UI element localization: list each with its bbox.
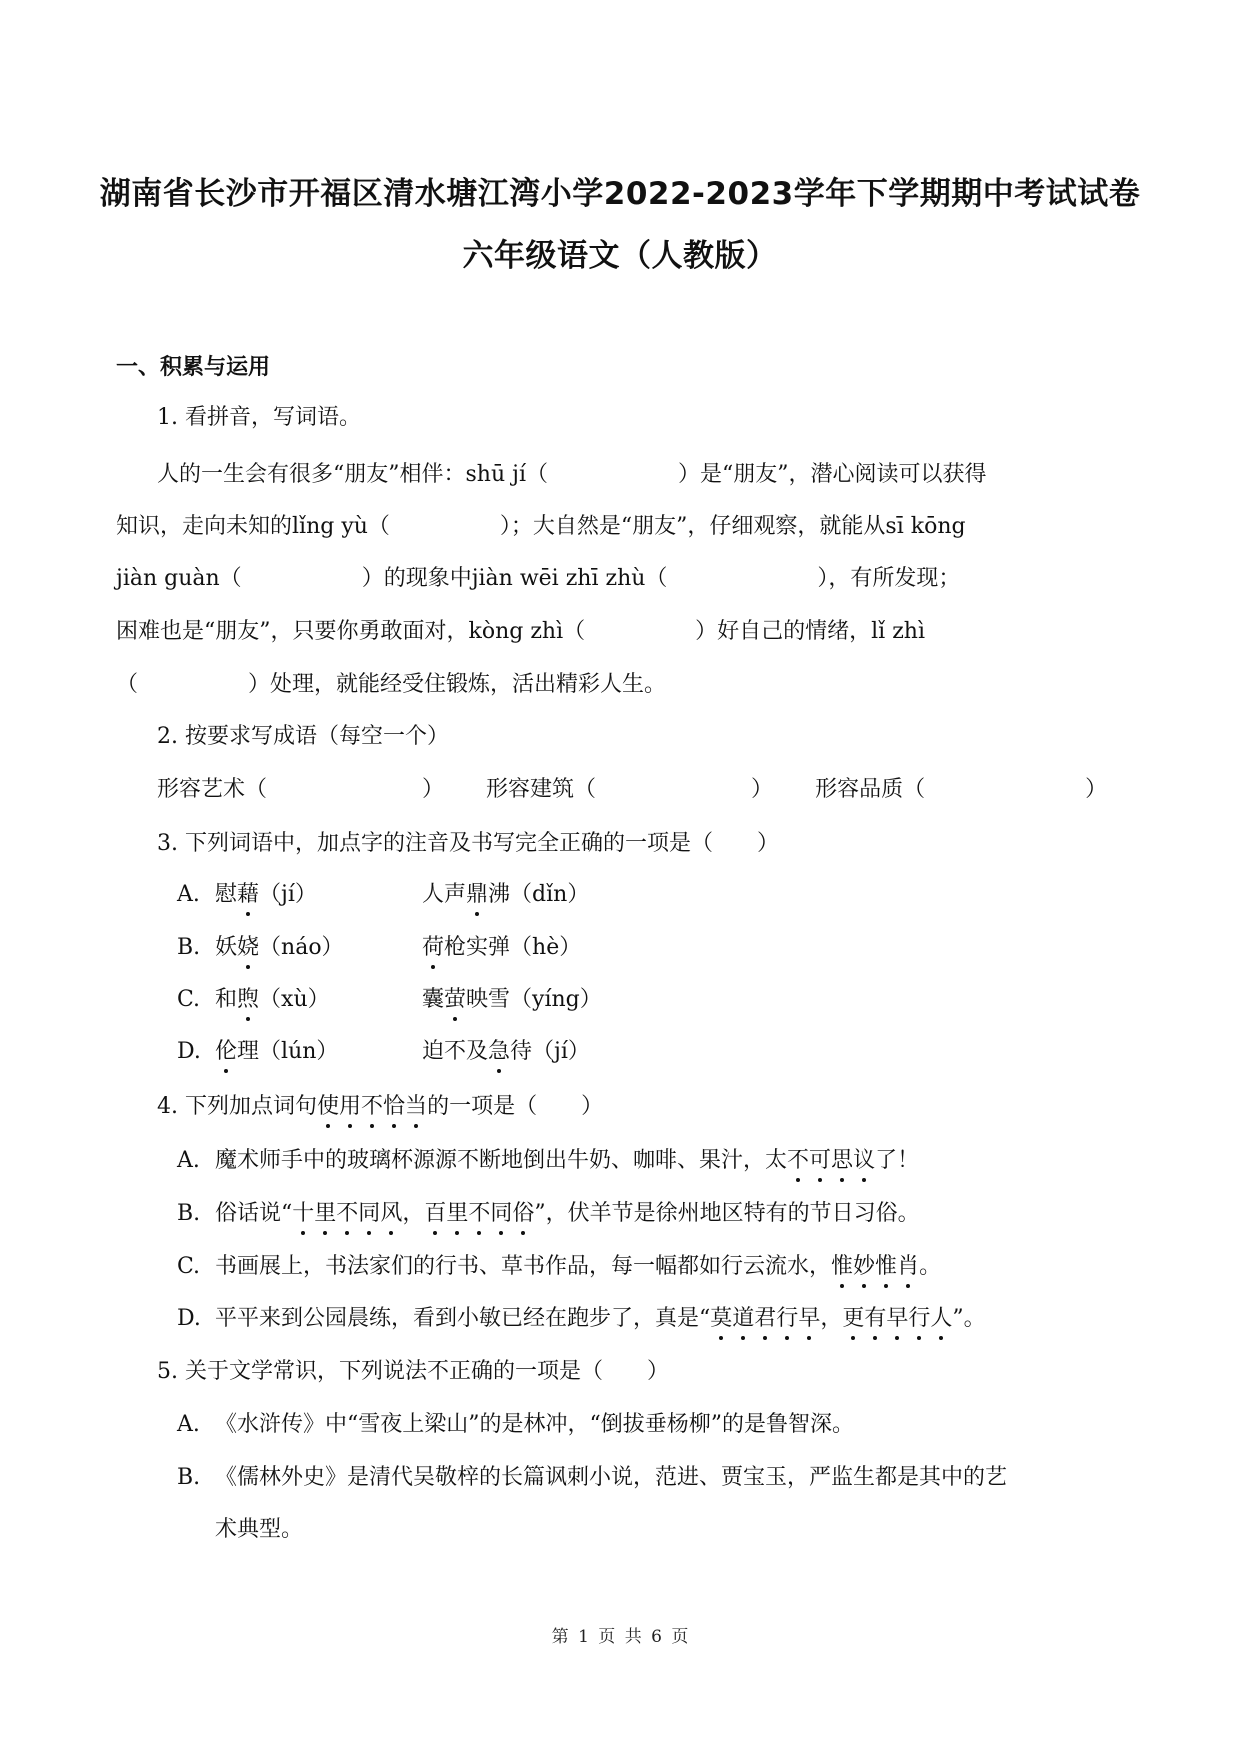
q1-line-2-text-a: 知识，走向未知的lǐng yù（ — [116, 514, 390, 539]
option-letter: D. — [177, 1304, 215, 1334]
q2-row: 形容艺术（）形容建筑（）形容品质（） — [157, 775, 1107, 805]
q4-option-c[interactable]: C.书画展上，书法家们的行书、草书作品，每一幅都如行云流水，惟妙惟肖。 — [177, 1252, 941, 1282]
q3-prompt: 3. 下列词语中，加点字的注音及书写完全正确的一项是（ ） — [157, 829, 779, 859]
q5-option-b[interactable]: B.《儒林外史》是清代吴敬梓的长篇讽刺小说，范进、贾宝玉，严监生都是其中的艺 — [177, 1463, 1007, 1493]
q1-line-4-text-a: 困难也是“朋友”，只要你勇敢面对，kòng zhì（ — [116, 619, 585, 644]
q1-line-4: 困难也是“朋友”，只要你勇敢面对，kòng zhì（）好自己的情绪，lǐ zhì — [116, 617, 925, 647]
option-word-1: 妖娆（náo） — [215, 933, 422, 963]
option-dotted-phrase: 不可思议 — [787, 1148, 875, 1173]
q1-line-4-text-b: ）好自己的情绪，lǐ zhì — [695, 619, 925, 644]
q4-option-b[interactable]: B.俗话说“十里不同风，百里不同俗”，伏羊节是徐州地区特有的节日习俗。 — [177, 1199, 920, 1229]
option-letter: C. — [177, 1252, 215, 1282]
q5-option-a[interactable]: A.《水浒传》中“雪夜上梁山”的是林冲，“倒拔垂杨柳”的是鲁智深。 — [177, 1410, 854, 1440]
option-letter: B. — [177, 933, 215, 963]
option-letter: D. — [177, 1037, 215, 1067]
q1-line-2: 知识，走向未知的lǐng yù（）；大自然是“朋友”，仔细观察，就能从sī kō… — [116, 512, 966, 542]
exam-page: 湖南省长沙市开福区清水塘江湾小学2022-2023学年下学期期中考试试卷 六年级… — [0, 0, 1240, 1753]
q1-line-3-text-c: ），有所发现； — [817, 566, 960, 591]
option-letter: B. — [177, 1463, 215, 1493]
q1-line-1-text-a: 人的一生会有很多“朋友”相伴：shū jí（ — [157, 462, 548, 487]
q4-dotted-phrase: 使用不恰当 — [317, 1094, 427, 1119]
option-word-2: 迫不及急待（jí） — [422, 1039, 590, 1064]
q1-line-2-text-b: ）；大自然是“朋友”，仔细观察，就能从sī kōng — [500, 514, 966, 539]
option-word-1: 和煦（xù） — [215, 985, 422, 1015]
q2-item-art-label: 形容艺术（ — [157, 777, 267, 802]
option-letter: A. — [177, 880, 215, 910]
q2-item-quality-close: ） — [1085, 777, 1107, 802]
option-letter: B. — [177, 1199, 215, 1229]
q2-item-art-close: ） — [422, 777, 444, 802]
option-dotted-phrase: 十里不同风，百里不同俗 — [292, 1201, 534, 1226]
q3-option-a[interactable]: A.慰藉（jí）人声鼎沸（dǐn） — [177, 880, 589, 910]
q5-option-b-continued: 术典型。 — [215, 1515, 303, 1545]
q1-line-3-text-a: jiàn guàn（ — [116, 566, 242, 591]
option-word-1: 伦理（lún） — [215, 1037, 422, 1067]
q1-line-3: jiàn guàn（）的现象中jiàn wēi zhī zhù（），有所发现； — [116, 564, 960, 594]
option-word-1: 慰藉（jí） — [215, 880, 422, 910]
option-word-2: 荷枪实弹（hè） — [422, 935, 581, 960]
q2-item-quality-label: 形容品质（ — [815, 777, 925, 802]
q1-line-1: 人的一生会有很多“朋友”相伴：shū jí（）是“朋友”，潜心阅读可以获得 — [157, 460, 1126, 490]
option-dotted-phrase: 惟妙惟肖 — [831, 1254, 919, 1279]
q5-prompt: 5. 关于文学常识，下列说法不正确的一项是（ ） — [157, 1357, 669, 1387]
q1-prompt: 1. 看拼音，写词语。 — [157, 403, 361, 433]
q4-prompt: 4. 下列加点词句使用不恰当的一项是（ ） — [157, 1092, 603, 1122]
exam-subtitle: 六年级语文（人教版） — [0, 230, 1240, 275]
q3-option-b[interactable]: B.妖娆（náo）荷枪实弹（hè） — [177, 933, 581, 963]
q3-option-c[interactable]: C.和煦（xù）囊萤映雪（yíng） — [177, 985, 602, 1015]
q2-item-building-close: ） — [751, 777, 773, 802]
option-dotted-phrase: 莫道君行早，更有早行人 — [710, 1306, 952, 1331]
option-letter: A. — [177, 1146, 215, 1176]
page-number: 第 1 页 共 6 页 — [0, 1622, 1240, 1647]
q1-line-5: （）处理，就能经受住锻炼，活出精彩人生。 — [116, 670, 666, 700]
q4-option-d[interactable]: D.平平来到公园晨练，看到小敏已经在跑步了，真是“莫道君行早，更有早行人”。 — [177, 1304, 986, 1334]
q1-line-5-text-b: ）处理，就能经受住锻炼，活出精彩人生。 — [248, 672, 666, 697]
q1-line-3-text-b: ）的现象中jiàn wēi zhī zhù（ — [362, 566, 668, 591]
q2-prompt: 2. 按要求写成语（每空一个） — [157, 722, 449, 752]
option-word-2: 囊萤映雪（yíng） — [422, 987, 602, 1012]
option-letter: C. — [177, 985, 215, 1015]
section-heading: 一、积累与运用 — [116, 350, 270, 381]
option-word-2: 人声鼎沸（dǐn） — [422, 882, 589, 907]
exam-title: 湖南省长沙市开福区清水塘江湾小学2022-2023学年下学期期中考试试卷 — [0, 168, 1240, 213]
q4-option-a[interactable]: A.魔术师手中的玻璃杯源源不断地倒出牛奶、咖啡、果汁，太不可思议了！ — [177, 1146, 919, 1176]
q1-line-1-text-b: ）是“朋友”，潜心阅读可以获得 — [678, 462, 987, 487]
q2-item-building-label: 形容建筑（ — [486, 777, 596, 802]
option-letter: A. — [177, 1410, 215, 1440]
q1-line-5-text-a: （ — [116, 672, 138, 697]
q3-option-d[interactable]: D.伦理（lún）迫不及急待（jí） — [177, 1037, 590, 1067]
